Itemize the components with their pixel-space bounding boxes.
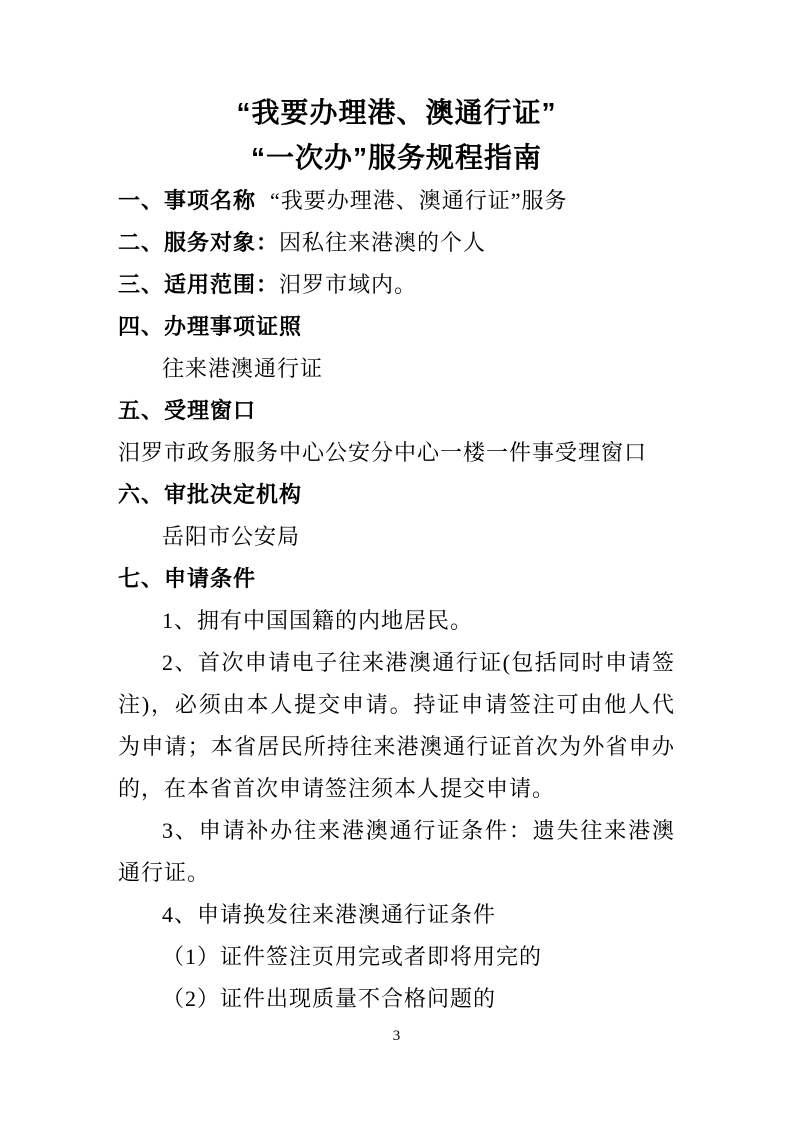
section-item-name: 一、事项名称“我要办理港、澳通行证”服务 (118, 180, 675, 222)
section-approval-authority-heading: 六、审批决定机构 (118, 474, 675, 516)
condition-item-4-sub-2: （2）证件出现质量不合格问题的 (118, 978, 675, 1020)
document-page: “我要办理港、澳通行证” “一次办”服务规程指南 一、事项名称“我要办理港、澳通… (0, 0, 793, 1122)
condition-item-1: 1、拥有中国国籍的内地居民。 (118, 600, 675, 642)
section-text: 汨罗市域内。 (279, 272, 417, 297)
condition-item-4: 4、申请换发往来港澳通行证条件 (118, 894, 675, 936)
section-certificates-body: 往来港澳通行证 (118, 348, 675, 390)
section-applicable-scope: 三、适用范围：汨罗市域内。 (118, 264, 675, 306)
section-label: 一、事项名称 (118, 188, 256, 213)
condition-item-3: 3、申请补办往来港澳通行证条件：遗失往来港澳通行证。 (118, 810, 675, 894)
section-accept-window-heading: 五、受理窗口 (118, 390, 675, 432)
section-approval-authority-body: 岳阳市公安局 (118, 516, 675, 558)
condition-item-4-sub-1: （1）证件签注页用完或者即将用完的 (118, 936, 675, 978)
document-title-line2: “一次办”服务规程指南 (118, 135, 675, 180)
section-text: “我要办理港、澳通行证”服务 (270, 188, 568, 213)
section-certificates-heading: 四、办理事项证照 (118, 306, 675, 348)
condition-item-2: 2、首次申请电子往来港澳通行证(包括同时申请签注)，必须由本人提交申请。持证申请… (118, 642, 675, 810)
section-application-conditions-heading: 七、申请条件 (118, 558, 675, 600)
page-number: 3 (0, 1026, 793, 1046)
section-service-target: 二、服务对象：因私往来港澳的个人 (118, 222, 675, 264)
document-title-line1: “我要办理港、澳通行证” (118, 90, 675, 135)
section-label: 三、适用范围： (118, 272, 279, 297)
section-label: 二、服务对象： (118, 230, 279, 255)
section-accept-window-body: 汨罗市政务服务中心公安分中心一楼一件事受理窗口 (118, 432, 675, 474)
section-text: 因私往来港澳的个人 (279, 230, 486, 255)
